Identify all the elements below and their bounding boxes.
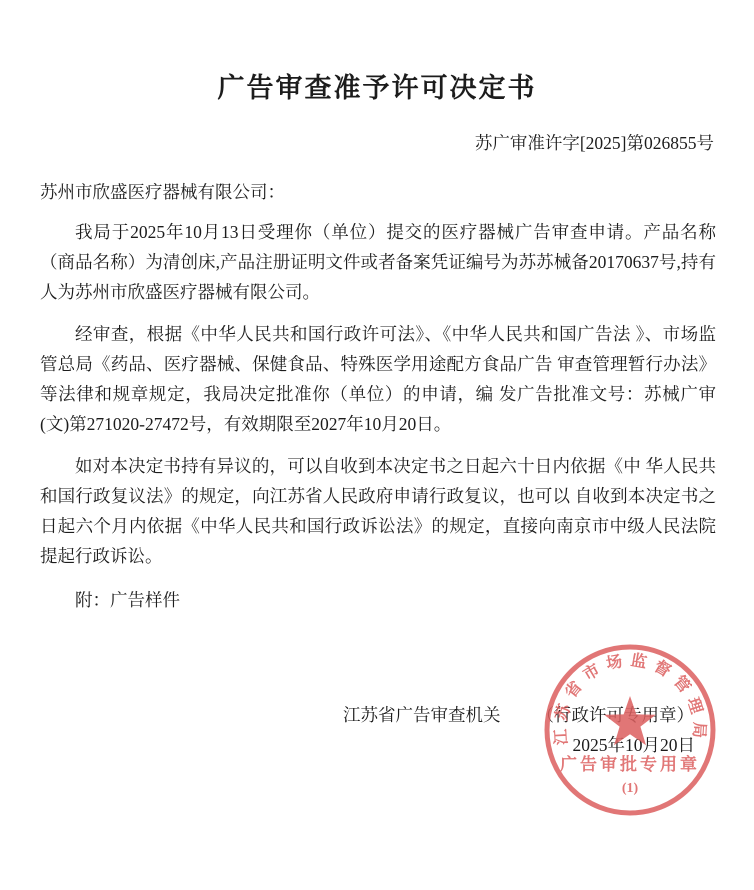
attachment-note: 附：广告样件	[40, 585, 716, 615]
official-seal: 江苏省市场监督管理局 广告审批专用章 (1)	[542, 642, 718, 818]
body-paragraph: 如对本决定书持有异议的，可以自收到本决定书之日起六十日内依据《中 华人民共和国行…	[40, 451, 716, 571]
body-paragraph: 我局于2025年10月13日受理你（单位）提交的医疗器械广告审查申请。产品名称（…	[40, 217, 716, 307]
addressee-line: 苏州市欣盛医疗器械有限公司：	[40, 179, 714, 205]
issuer-line: 江苏省广告审查机关（行政许可专用章）	[343, 702, 694, 727]
seal-serial: (1)	[622, 781, 639, 796]
body-paragraph: 经审查，根据《中华人民共和国行政许可法》、《中华人民共和国广告法 》、市场监管总…	[40, 319, 716, 439]
seal-ring	[547, 647, 713, 813]
document-number: 苏广审准许字[2025]第026855号	[0, 132, 714, 154]
seal-center-text: 广告审批专用章	[560, 754, 700, 774]
issue-date: 2025年10月20日	[573, 732, 696, 757]
issuer-name: 江苏省广告审查机关	[343, 705, 501, 725]
decision-document-page: 广告审查准予许可决定书 苏广审准许字[2025]第026855号 苏州市欣盛医疗…	[0, 0, 754, 890]
seal-usage-note: （行政许可专用章）	[537, 705, 695, 725]
document-title: 广告审查准予许可决定书	[0, 0, 754, 106]
